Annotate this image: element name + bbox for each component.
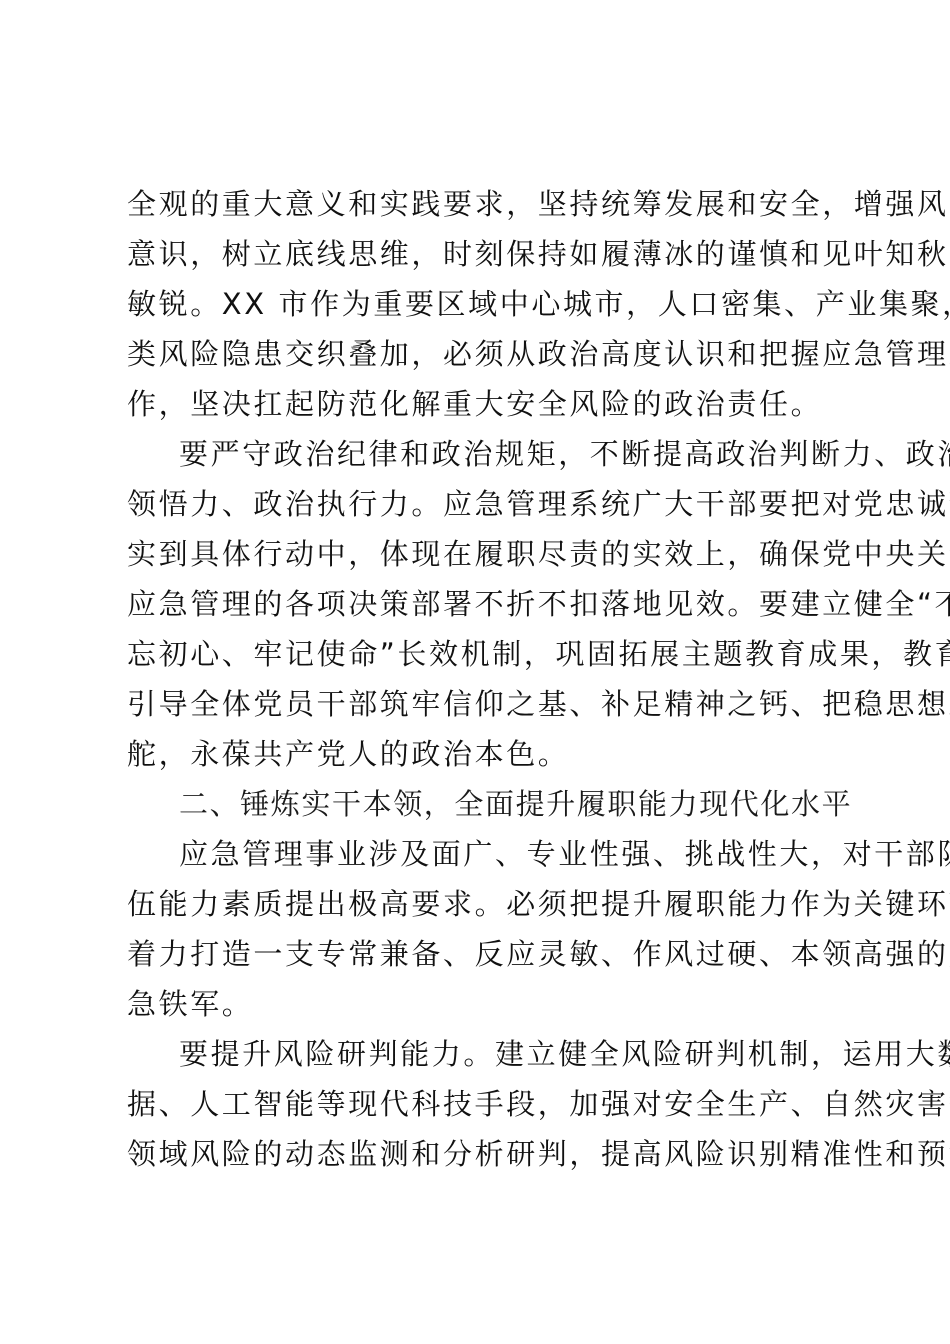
text-line: 领悟力、政治执行力。应急管理系统广大干部要把对党忠诚落 xyxy=(127,481,837,531)
text-line: 领域风险的动态监测和分析研判，提高风险识别精准性和预警 xyxy=(127,1131,837,1181)
text-line: 要提升风险研判能力。建立健全风险研判机制，运用大数 xyxy=(127,1031,837,1081)
document-body: 全观的重大意义和实践要求，坚持统筹发展和安全，增强风险 意识，树立底线思维，时刻… xyxy=(127,181,837,1181)
text-line: 伍能力素质提出极高要求。必须把提升履职能力作为关键环节， xyxy=(127,881,837,931)
text-line: 应急管理事业涉及面广、专业性强、挑战性大，对干部队 xyxy=(127,831,837,881)
heading-text: 二、锤炼实干本领，全面提升履职能力现代化水平 xyxy=(127,781,837,831)
paragraph-2: 要严守政治纪律和政治规矩，不断提高政治判断力、政治 领悟力、政治执行力。应急管理… xyxy=(127,431,837,781)
text-line: 着力打造一支专常兼备、反应灵敏、作风过硬、本领高强的应 xyxy=(127,931,837,981)
text-line: 作，坚决扛起防范化解重大安全风险的政治责任。 xyxy=(127,381,837,431)
paragraph-3: 应急管理事业涉及面广、专业性强、挑战性大，对干部队 伍能力素质提出极高要求。必须… xyxy=(127,831,837,1031)
paragraph-1: 全观的重大意义和实践要求，坚持统筹发展和安全，增强风险 意识，树立底线思维，时刻… xyxy=(127,181,837,431)
text-line: 引导全体党员干部筑牢信仰之基、补足精神之钙、把稳思想之 xyxy=(127,681,837,731)
text-line: 类风险隐患交织叠加，必须从政治高度认识和把握应急管理工 xyxy=(127,331,837,381)
section-heading: 二、锤炼实干本领，全面提升履职能力现代化水平 xyxy=(127,781,837,831)
document-page: 全观的重大意义和实践要求，坚持统筹发展和安全，增强风险 意识，树立底线思维，时刻… xyxy=(0,0,950,1344)
paragraph-4: 要提升风险研判能力。建立健全风险研判机制，运用大数 据、人工智能等现代科技手段，… xyxy=(127,1031,837,1181)
text-line: 据、人工智能等现代科技手段，加强对安全生产、自然灾害等 xyxy=(127,1081,837,1131)
text-line: 舵，永葆共产党人的政治本色。 xyxy=(127,731,837,781)
text-line: 实到具体行动中，体现在履职尽责的实效上，确保党中央关于 xyxy=(127,531,837,581)
text-line: 忘初心、牢记使命”长效机制，巩固拓展主题教育成果，教育 xyxy=(127,631,837,681)
text-line: 意识，树立底线思维，时刻保持如履薄冰的谨慎和见叶知秋的 xyxy=(127,231,837,281)
text-line: 敏锐。XX 市作为重要区域中心城市，人口密集、产业集聚，各 xyxy=(127,281,837,331)
text-line: 全观的重大意义和实践要求，坚持统筹发展和安全，增强风险 xyxy=(127,181,837,231)
text-line: 要严守政治纪律和政治规矩，不断提高政治判断力、政治 xyxy=(127,431,837,481)
text-line: 应急管理的各项决策部署不折不扣落地见效。要建立健全“不 xyxy=(127,581,837,631)
text-line: 急铁军。 xyxy=(127,981,837,1031)
